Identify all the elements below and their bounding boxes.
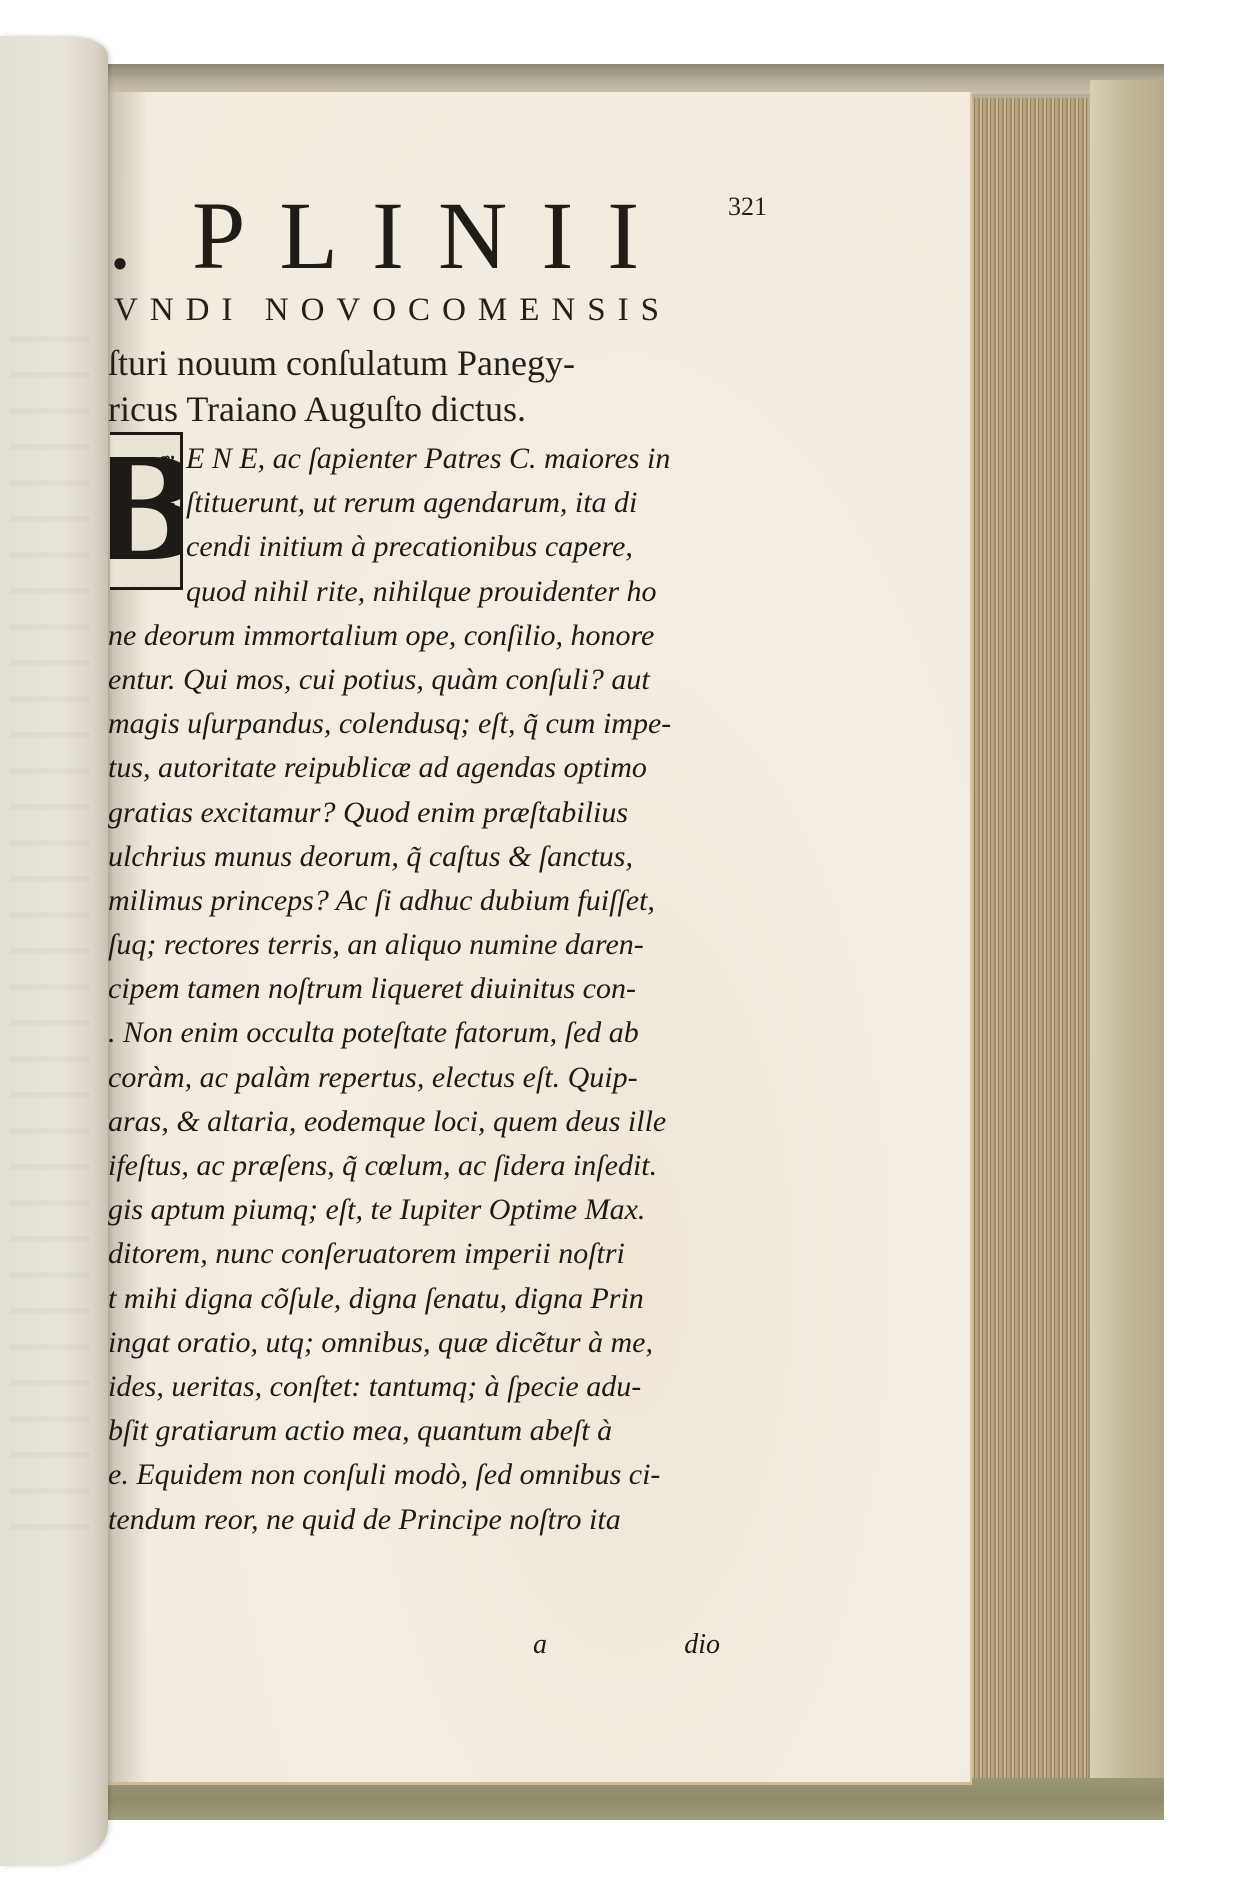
text-line: . Non enim occulta poteſtate fatorum, ſe… xyxy=(108,1011,718,1055)
text-line: gis aptum piumq; eſt, te Iupiter Optime … xyxy=(108,1188,718,1232)
text-line: coràm, ac palàm repertus, electus eſt. Q… xyxy=(108,1056,718,1100)
text-line: quod nihil rite, nihilque prouidenter ho xyxy=(108,570,718,614)
text-line: tus, autoritate reipublicæ ad agendas op… xyxy=(108,746,718,790)
text-line: magis uſurpandus, colendusq; eſt, q̃ cum… xyxy=(108,702,718,746)
text-line: ſuq; rectores terris, an aliquo numine d… xyxy=(108,923,718,967)
cover-turn-in-top xyxy=(104,64,1164,94)
text-line: E N E, ac ſapienter Patres C. maiores in xyxy=(108,437,718,481)
text-line: ne deorum immortalium ope, conſilio, hon… xyxy=(108,614,718,658)
text-line: cipem tamen noſtrum liqueret diuinitus c… xyxy=(108,967,718,1011)
cover-turn-in-right xyxy=(1090,80,1164,1820)
text-line: bſit gratiarum actio mea, quantum abeſt … xyxy=(108,1409,718,1453)
left-page-curl xyxy=(0,36,108,1866)
heading-text: PLINII xyxy=(192,182,673,289)
text-line: e. Equidem non conſuli modò, ſed omnibus… xyxy=(108,1453,718,1497)
text-line: entur. Qui mos, cui potius, quàm conſuli… xyxy=(108,658,718,702)
subheading: VNDI NOVOCOMENSIS xyxy=(114,292,671,329)
text-line: gratias excitamur? Quod enim præſtabiliu… xyxy=(108,791,718,835)
text-line: ſtituerunt, ut rerum agendarum, ita di xyxy=(108,481,718,525)
title-line: ſturi nouum conſulatum Panegy- xyxy=(108,342,575,384)
foliage-ornament-icon: ❦✿❧ xyxy=(159,441,176,573)
signature-mark: a xyxy=(533,1629,547,1661)
title-line: ricus Traiano Auguſto dictus. xyxy=(108,388,526,430)
catchword: dio xyxy=(684,1629,720,1661)
decorated-initial: B ❦✿❧ xyxy=(110,432,183,590)
text-line: cendi initium à precationibus capere, xyxy=(108,525,718,569)
folio-number: 321 xyxy=(728,192,767,222)
text-line: milimus princeps? Ac ſi adhuc dubium fui… xyxy=(108,879,718,923)
heading-lead-mark: . xyxy=(108,180,134,291)
text-line: ifeſtus, ac præſens, q̃ cœlum, ac ſidera… xyxy=(108,1144,718,1188)
page-heading: . PLINII xyxy=(108,180,808,291)
body-text: E N E, ac ſapienter Patres C. maiores in… xyxy=(108,437,718,1542)
page-footer: a dio xyxy=(108,1629,720,1669)
text-line: ides, ueritas, conſtet: tantumq; à ſpeci… xyxy=(108,1365,718,1409)
page-block-fore-edge xyxy=(970,98,1088,1778)
printed-page: . PLINII 321 VNDI NOVOCOMENSIS ſturi nou… xyxy=(108,92,972,1785)
text-line: aras, & altaria, eodemque loci, quem deu… xyxy=(108,1100,718,1144)
show-through-text xyxy=(10,336,90,1536)
text-line: ulchrius munus deorum, q̃ caſtus & ſanct… xyxy=(108,835,718,879)
text-line: ingat oratio, utq; omnibus, quæ dicẽtur … xyxy=(108,1321,718,1365)
text-line: ditorem, nunc conſeruatorem imperii noſt… xyxy=(108,1232,718,1276)
text-line: tendum reor, ne quid de Principe noſtro … xyxy=(108,1498,718,1542)
text-line: t mihi digna cõſule, digna ſenatu, digna… xyxy=(108,1277,718,1321)
